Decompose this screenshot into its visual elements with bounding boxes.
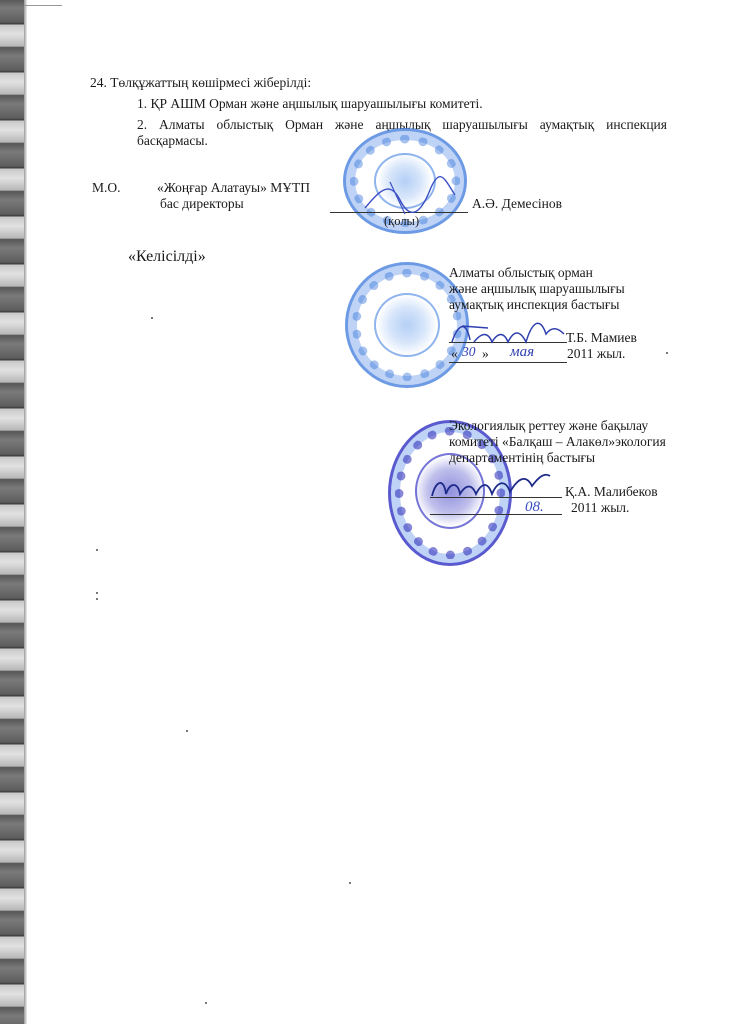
- approver1-date-month: мая: [510, 344, 534, 360]
- spiral-binding: [0, 0, 24, 1024]
- approver1-title-3: аумақтық инспекция бастығы: [449, 297, 619, 313]
- approver1-date-close-quote: »: [482, 346, 489, 362]
- director-position: бас директоры: [160, 196, 244, 212]
- approver1-title-1: Алматы облыстық орман: [449, 265, 593, 281]
- approver1-title-2: және аңшылық шаруашылығы: [449, 281, 625, 297]
- approver2-date-year: 2011 жыл.: [571, 500, 629, 516]
- copies-sent-heading: 24. Төлқұжаттың көшірмесі жіберілді:: [90, 75, 311, 91]
- approver2-date-month: 08.: [525, 499, 544, 515]
- scan-speck: [186, 730, 188, 732]
- page-edge-line: [24, 5, 62, 6]
- director-signature: [360, 170, 460, 220]
- scan-speck: [349, 882, 351, 884]
- approver2-title-3: департаментінің бастығы: [449, 450, 595, 466]
- scan-speck: [96, 598, 98, 600]
- seal-place-label: М.О.: [92, 180, 121, 196]
- approver1-date-year: 2011 жыл.: [567, 346, 625, 362]
- copies-item-1: 1. ҚР АШМ Орман және аңшылық шаруашылығы…: [137, 96, 483, 112]
- director-name: А.Ә. Демесінов: [472, 196, 562, 212]
- scan-speck: [205, 1002, 207, 1004]
- approver2-name: Қ.А. Малибеков: [565, 484, 658, 500]
- approver1-name: Т.Б. Мамиев: [566, 330, 637, 346]
- scan-speck: [96, 549, 98, 551]
- scan-speck: [96, 592, 98, 594]
- approver1-date-open-quote: «: [451, 346, 458, 362]
- seal-emblem: [374, 293, 440, 357]
- scan-speck: [666, 352, 668, 354]
- approver1-date-line: [449, 362, 567, 363]
- approver2-title-2: комитеті «Балқаш – Алакөл»экология: [449, 434, 666, 450]
- agreed-label: «Келісілді»: [128, 247, 206, 266]
- scan-speck: [151, 317, 153, 319]
- copies-item-2-cont: басқармасы.: [137, 133, 208, 149]
- approver2-title-1: Экологиялық реттеу және бақылау: [449, 418, 648, 434]
- approver1-date-day: 30: [462, 344, 476, 360]
- director-org: «Жоңғар Алатауы» МҰТП: [157, 180, 310, 196]
